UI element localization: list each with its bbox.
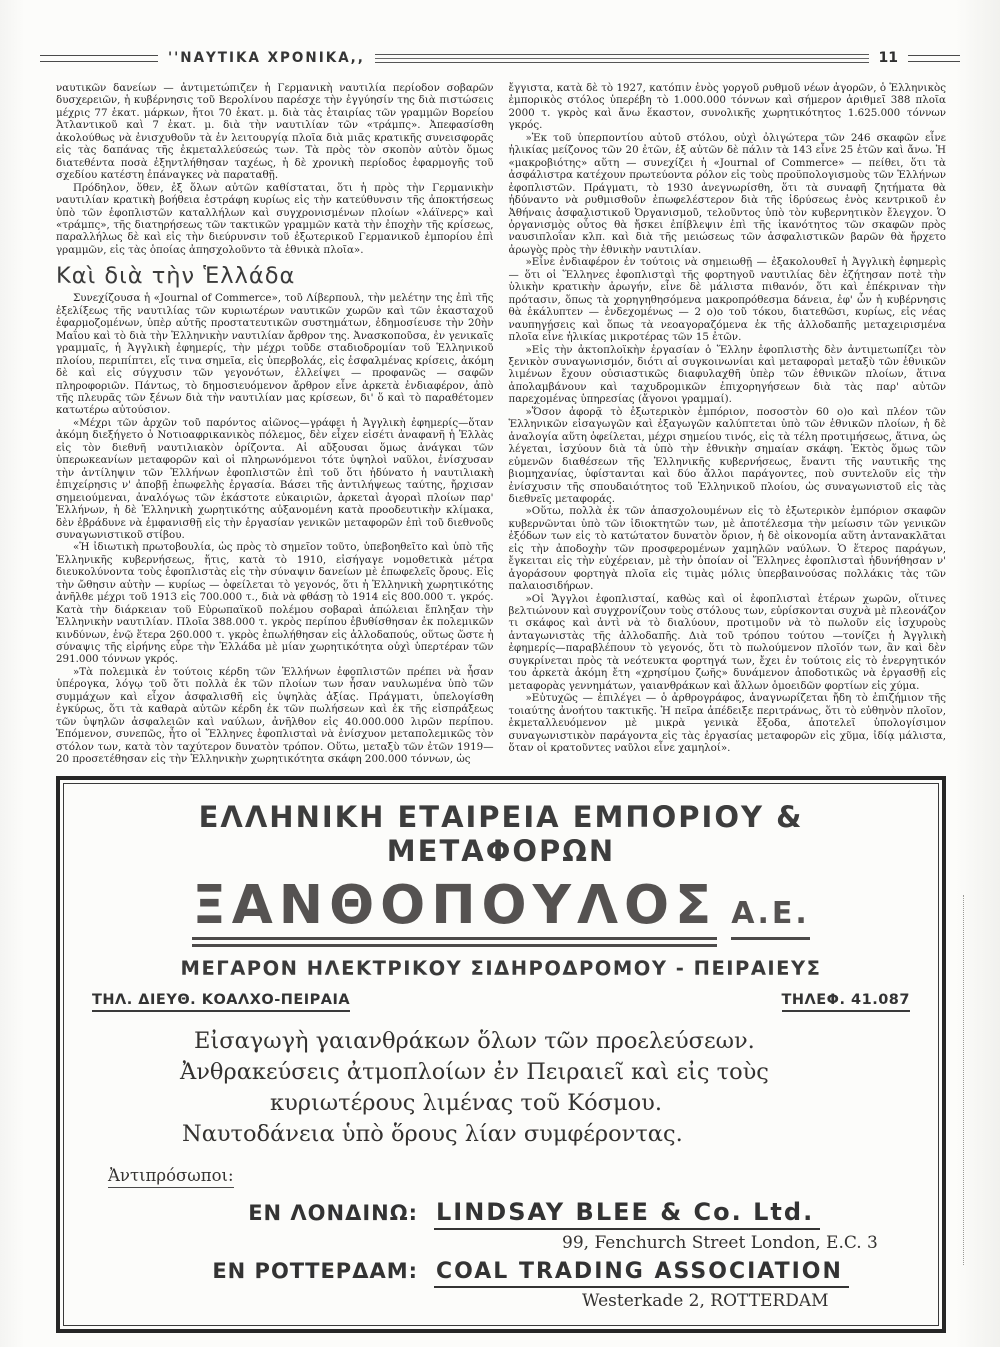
paragraph: »Οἱ Ἄγγλοι ἐφοπλισταί, καθὼς καὶ οἱ ἐφοπ… bbox=[509, 593, 947, 693]
paragraph: »Ὅσον ἀφορᾷ τὸ ἐξωτερικὸν ἐμπόριον, ποσο… bbox=[509, 406, 947, 506]
scanned-page: ''ΝΑΥΤΙΚΑ ΧΡΟΝΙΚΑ,, 11 ναυτικῶν δανείων … bbox=[0, 0, 1000, 1347]
agent-location: ΕΝ ΡΟΤΤΕΡΔΑΜ: bbox=[82, 1259, 434, 1283]
paragraph: »Οὕτω, πολλὰ ἐκ τῶν ἀπασχολουμένων εἰς τ… bbox=[509, 505, 947, 592]
agent-location: ΕΝ ΛΟΝΔΙΝΩ: bbox=[82, 1201, 434, 1225]
agent-address: Westerkade 2, ROTTERDAM bbox=[582, 1291, 920, 1311]
head-rule-right bbox=[908, 55, 960, 62]
advertisement: ΕΛΛΗΝΙΚΗ ΕΤΑΙΡΕΙΑ ΕΜΠΟΡΙΟΥ & ΜΕΤΑΦΟΡΩΝ Ξ… bbox=[63, 783, 939, 1327]
head-rule-middle bbox=[375, 54, 869, 63]
head-rule-left bbox=[40, 55, 158, 62]
ad-brand-suffix: Α.Ε. bbox=[731, 896, 810, 940]
running-head: ''ΝΑΥΤΙΚΑ ΧΡΟΝΙΚΑ,, 11 bbox=[0, 0, 1000, 66]
ad-service-item: Ναυτοδάνεια ὑπὸ ὅρους λίαν συμφέροντας. bbox=[82, 1119, 920, 1150]
section-heading: Καὶ διὰ τὴν Ἑλλάδα bbox=[56, 263, 494, 289]
left-column: ναυτικῶν δανείων — ἀντιμετώπιζεν ἡ Γερμα… bbox=[56, 82, 494, 766]
article-columns: ναυτικῶν δανείων — ἀντιμετώπιζεν ἡ Γερμα… bbox=[0, 66, 1000, 766]
publication-title: ''ΝΑΥΤΙΚΑ ΧΡΟΝΙΚΑ,, bbox=[168, 50, 365, 67]
paragraph: Πρόδηλον, ὅθεν, ἐξ ὅλων αὐτῶν καθίσταται… bbox=[56, 182, 494, 257]
right-column: ἔγγιστα, κατὰ δὲ τὸ 1927, κατόπιν ἑνὸς γ… bbox=[509, 82, 947, 766]
ad-service-item: Εἰσαγωγὴ γαιανθράκων ὅλων τῶν προελεύσεω… bbox=[82, 1026, 920, 1057]
paragraph: »Εἶνε ἐνδιαφέρον ἐν τούτοις νὰ σημειωθῇ … bbox=[509, 256, 947, 343]
ad-brand-name: ΞΑΝΘΟΠΟΥΛΟΣ bbox=[192, 878, 717, 948]
paragraph: »Τὰ πολεμικὰ ἐν τούτοις κέρδη τῶν Ἑλλήνω… bbox=[56, 666, 494, 766]
paragraph: Συνεχίζουσα ἡ «Journal of Commerce», τοῦ… bbox=[56, 292, 494, 417]
agent-name: COAL TRADING ASSOCIATION bbox=[434, 1259, 849, 1288]
ad-agents-label: Ἀντιπρόσωποι: bbox=[108, 1166, 234, 1188]
agent-address: 99, Fenchurch Street London, E.C. 3 bbox=[562, 1233, 920, 1253]
ad-phone-number: ΤΗΛΕΦ. 41.087 bbox=[782, 992, 911, 1012]
ad-building-address: ΜΕΓΑΡΟΝ ΗΛΕΚΤΡΙΚΟΥ ΣΙΔΗΡΟΔΡΟΜΟΥ - ΠΕΙΡΑΙ… bbox=[82, 957, 920, 980]
paragraph: »Ἐκ τοῦ ὑπερποντίου αὐτοῦ στόλου, οὐχὶ ὀ… bbox=[509, 132, 947, 257]
ad-agent-london: ΕΝ ΛΟΝΔΙΝΩ: LINDSAY BLEE & Co. Ltd. bbox=[82, 1198, 920, 1230]
advertisement-frame: ΕΛΛΗΝΙΚΗ ΕΤΑΙΡΕΙΑ ΕΜΠΟΡΙΟΥ & ΜΕΤΑΦΟΡΩΝ Ξ… bbox=[56, 776, 946, 1334]
ad-services-list: Εἰσαγωγὴ γαιανθράκων ὅλων τῶν προελεύσεω… bbox=[82, 1026, 920, 1150]
ad-brand-row: ΞΑΝΘΟΠΟΥΛΟΣΑ.Ε. bbox=[82, 878, 920, 948]
paragraph: ναυτικῶν δανείων — ἀντιμετώπιζεν ἡ Γερμα… bbox=[56, 82, 494, 182]
page-number: 11 bbox=[879, 50, 898, 66]
ad-agent-rotterdam: ΕΝ ΡΟΤΤΕΡΔΑΜ: COAL TRADING ASSOCIATION bbox=[82, 1259, 920, 1288]
paragraph: ἔγγιστα, κατὰ δὲ τὸ 1927, κατόπιν ἑνὸς γ… bbox=[509, 82, 947, 132]
agent-name: LINDSAY BLEE & Co. Ltd. bbox=[434, 1198, 820, 1230]
paragraph: »Εἰς τὴν ἀκτοπλοϊκὴν ἐργασίαν ὁ Ἕλλην ἐφ… bbox=[509, 344, 947, 406]
ad-company-name: ΕΛΛΗΝΙΚΗ ΕΤΑΙΡΕΙΑ ΕΜΠΟΡΙΟΥ & ΜΕΤΑΦΟΡΩΝ bbox=[82, 800, 920, 868]
paragraph: «Μέχρι τῶν ἀρχῶν τοῦ παρόντος αἰῶνος—γρά… bbox=[56, 417, 494, 542]
ad-service-item: Ἀνθρακεύσεις ἀτμοπλοίων ἐν Πειραιεῖ καὶ … bbox=[82, 1057, 920, 1119]
ad-telegraph-address: ΤΗΛ. ΔΙΕΥΘ. ΚΟΑΛΧΟ-ΠΕΙΡΑΙΑ bbox=[92, 992, 350, 1012]
paragraph: »Εὐτυχῶς — ἐπιλέγει — ὁ ἀρθρογράφος, ἀνα… bbox=[509, 692, 947, 754]
scan-edge-artifact bbox=[963, 895, 964, 1265]
ad-contact-row: ΤΗΛ. ΔΙΕΥΘ. ΚΟΑΛΧΟ-ΠΕΙΡΑΙΑ ΤΗΛΕΦ. 41.087 bbox=[92, 992, 910, 1012]
paragraph: «Ἡ ἰδιωτικὴ πρωτοβουλία, ὡς πρὸς τὸ σημε… bbox=[56, 541, 494, 666]
